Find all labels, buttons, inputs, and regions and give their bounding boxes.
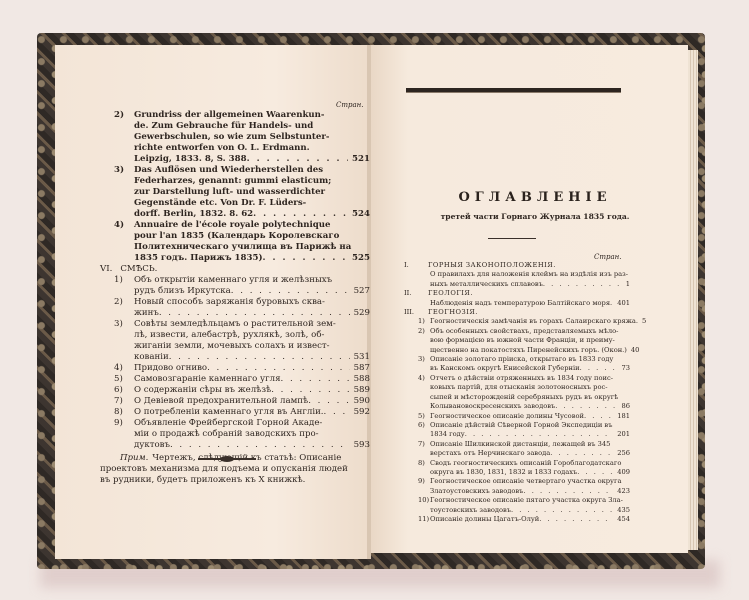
section-roman: II. — [404, 289, 411, 298]
entry-line: Объ открытіи каменнаго угля и желѣзныхъ — [100, 275, 370, 286]
toc-entry[interactable]: 5)Геогностическое описаніе долины Чусово… — [404, 412, 630, 421]
entry-line: Политехническаго училища въ Парижѣ на — [100, 242, 370, 253]
entry-line: Новый способъ заряжанія буровыхъ сква- — [100, 297, 370, 308]
entry-number: 10) — [418, 496, 429, 505]
leader-dots: . . . . . . . . . . . . . . . . . . . . … — [253, 209, 348, 220]
entry-line: Геогностическое описаніе пятаго участка … — [404, 496, 630, 505]
toc-entry[interactable]: 6)О содержаніи сѣры въ желѣзѣ . . . . . … — [100, 385, 370, 396]
page-number: 40 — [627, 346, 640, 355]
page-number: 409 — [613, 468, 630, 477]
section-heading: III.ГЕОГНОЗІЯ. — [404, 308, 630, 317]
entry-number: 9) — [418, 477, 425, 486]
leader-dots: . . . . . . . . . . . . . . . . . . . . … — [465, 430, 614, 439]
note-label: Прим. — [120, 453, 148, 463]
page-number: 454 — [613, 515, 630, 524]
entry-line: Das Auflösen und Wiederherstellen des — [100, 165, 370, 176]
toc-entry[interactable]: 8)О потребленіи каменнаго угля въ Англіи… — [100, 407, 370, 418]
page-number: 593 — [350, 440, 370, 451]
entry-last-line: 1834 году . . . . . . . . . . . . . . . … — [404, 430, 630, 439]
leader-dots: . . . . . . . . . . . . . . . . . . . . … — [539, 515, 613, 524]
entry-line: Описаніе золотаго пріиска, открытаго въ … — [404, 355, 630, 364]
toc-entry[interactable]: 2)Новый способъ заряжанія буровыхъ сква-… — [100, 297, 370, 319]
entry-text: Колывановоскресенскихъ заводовъ — [430, 402, 555, 411]
toc-entry[interactable]: О правилахъ для наложенія клеймъ на издѣ… — [404, 270, 630, 289]
page-number: 592 — [350, 407, 370, 418]
entry-text: dorff. Berlin, 1832. 8. 62 — [134, 209, 253, 220]
entry-number: 3) — [114, 319, 123, 330]
entry-line: zur Darstellung luft- und wasserdichter — [100, 187, 370, 198]
section-heading: I.ГОРНЫЯ ЗАКОНОПОЛОЖЕНІЯ. — [404, 261, 630, 270]
entry-text: округа въ 1830, 1831, 1832 и 1833 годахъ — [430, 468, 577, 477]
toc-entry[interactable]: 10)Геогностическое описаніе пятаго участ… — [404, 496, 630, 515]
entry-last-line: Самовозгараніе каменнаго угля . . . . . … — [100, 374, 370, 385]
page-number: 590 — [350, 396, 370, 407]
entry-number: 8) — [418, 459, 425, 468]
entry-number: 8) — [114, 407, 123, 418]
page-number: 201 — [613, 430, 630, 439]
entry-line: Annuaire de l'école royale polytechnique — [100, 220, 370, 231]
entry-last-line: щественно на покатостяхъ Пиренейскихъ го… — [404, 346, 630, 355]
entry-number: 2) — [418, 327, 425, 336]
entry-line: Gegenstände etc. Von Dr. F. Lüders- — [100, 198, 370, 209]
toc-entry[interactable]: 3)Das Auflösen und Wiederherstellen desF… — [100, 165, 370, 220]
entry-text: ныхъ металлическихъ сплавовъ — [430, 280, 543, 289]
entry-number: 2) — [114, 297, 123, 308]
leader-dots: . . . . . . . . . . . . . . . . . . . . … — [247, 154, 348, 165]
toc-entry[interactable]: 9)Объявленіе Фрейбергской Горной Акаде-м… — [100, 418, 370, 451]
entry-line: Federharzes, genannt: gummi elasticum; — [100, 176, 370, 187]
toc-entry[interactable]: 8)Сводъ геогностическихъ описаній Горобл… — [404, 459, 630, 478]
toc-entry[interactable]: 2)Grundriss der allgemeinen Waarenkun-de… — [100, 110, 370, 165]
entry-text: Геогностическое описаніе долины Чусовой — [430, 412, 584, 421]
entry-line: жиганіи земли, мочевыхъ солахъ и извест- — [100, 341, 370, 352]
entry-line: вою формацією въ южной части Франціи, и … — [404, 336, 630, 345]
page-number: 589 — [350, 385, 370, 396]
entry-text: рудъ близъ Иркутска — [134, 286, 231, 297]
entry-number: 6) — [418, 421, 425, 430]
section-title: ГОРНЫЯ ЗАКОНОПОЛОЖЕНІЯ. — [428, 261, 556, 269]
entry-last-line: жинъ . . . . . . . . . . . . . . . . . .… — [100, 308, 370, 319]
entry-line: Объявленіе Фрейбергской Горной Акаде- — [100, 418, 370, 429]
entry-text: щественно на покатостяхъ Пиренейскихъ го… — [430, 346, 627, 355]
toc-entry[interactable]: 7)Описаніе Шилкинской дистанціи, лежащей… — [404, 440, 630, 459]
page-number: 423 — [613, 487, 630, 496]
page-number: 524 — [348, 209, 370, 220]
leader-dots: . . . . . . . . . . . . . . . . . . . . … — [511, 506, 613, 515]
entry-text: тоустовскихъ заводовъ — [430, 506, 511, 515]
leader-dots: . . . . . . . . . . . . . . . . . . . . … — [523, 487, 613, 496]
entry-number: 5) — [418, 412, 425, 421]
page-title: ОГЛАВЛЕНІЕ — [390, 190, 680, 205]
toc-entry[interactable]: 6)Описаніе дѣйствій Сѣверной Горной Эксп… — [404, 421, 630, 440]
entry-last-line: Leipzig, 1833. 8, S. 388 . . . . . . . .… — [100, 154, 370, 165]
title-rule — [488, 238, 536, 239]
entry-text: О потребленіи каменнаго угля въ Англіи. — [134, 407, 324, 418]
entry-last-line: кованіи . . . . . . . . . . . . . . . . … — [100, 352, 370, 363]
entry-number: 6) — [114, 385, 123, 396]
entry-text: Придово огниво — [134, 363, 207, 374]
entry-line: Описаніе Шилкинской дистанціи, лежащей в… — [404, 440, 630, 449]
entry-line: Сводъ геогностическихъ описаній Гороблаг… — [404, 459, 630, 468]
entry-line: Gewerbschulen, so wie zum Selbstunter- — [100, 132, 370, 143]
entry-text: Геогностическія замѣчанія въ горахъ Сала… — [430, 317, 638, 326]
section-title: ГЕОЛОГІЯ. — [428, 289, 473, 297]
header-rule — [406, 88, 621, 93]
page-number: 435 — [613, 506, 630, 515]
entry-text: верстахъ отъ Нерчинскаго завода — [430, 449, 550, 458]
entry-text: Наблюденія надъ температурою Балтійскаго… — [430, 299, 610, 308]
entry-last-line: Придово огниво . . . . . . . . . . . . .… — [100, 363, 370, 374]
entry-line: сыпей и мѣсторожденій серебряныхъ рудъ в… — [404, 393, 630, 402]
toc-entry[interactable]: 11)Описаніе долины Цагатъ-Олуй . . . . .… — [404, 515, 630, 524]
entry-last-line: 1835 годъ. Парижъ 1835) . . . . . . . . … — [100, 253, 370, 264]
entry-line: Отчетъ о дѣйствіи отряженныхъ въ 1834 го… — [404, 374, 630, 383]
section-title: СМѢСЬ. — [120, 264, 157, 274]
entry-text: дуктовъ — [134, 440, 170, 451]
leader-dots: . . . . . . . . . . . . . . . . . . . . … — [159, 308, 350, 319]
toc-entry[interactable]: 4)Annuaire de l'école royale polytechniq… — [100, 220, 370, 264]
left-toc-list: 2)Grundriss der allgemeinen Waarenkun-de… — [100, 110, 370, 486]
entry-line: Описаніе дѣйствій Сѣверной Горной Экспед… — [404, 421, 630, 430]
section-title: ГЕОГНОЗІЯ. — [428, 308, 478, 316]
page-number: 521 — [348, 154, 370, 165]
note-line: въ рудники, будетъ приложенъ къ X книжкѣ… — [100, 475, 370, 486]
toc-entry[interactable]: 9)Геогностическое описаніе четвертаго уч… — [404, 477, 630, 496]
leader-dots: . . . . . . . . . . . . . . . . . . . . … — [281, 374, 350, 385]
page-subtitle: третей части Горнаго Журнала 1835 года. — [390, 212, 680, 221]
leader-dots: . . . . . . . . . . . . . . . . . . . . … — [324, 407, 350, 418]
page-number: 1 — [622, 280, 630, 289]
section-heading: VI.СМѢСЬ. — [100, 264, 370, 275]
entry-text: 1834 году — [430, 430, 465, 439]
toc-entry[interactable]: 4)Придово огниво . . . . . . . . . . . .… — [100, 363, 370, 374]
entry-number: 7) — [418, 440, 425, 449]
entry-last-line: О содержаніи сѣры въ желѣзѣ . . . . . . … — [100, 385, 370, 396]
leader-dots: . . . . . . . . . . . . . . . . . . . . … — [584, 412, 613, 421]
toc-entry[interactable]: 5)Самовозгараніе каменнаго угля . . . . … — [100, 374, 370, 385]
note-line: проектовъ механизма для подъема и опуска… — [100, 464, 370, 475]
leader-dots: . . . . . . . . . . . . . . . . . . . . … — [169, 352, 350, 363]
entry-last-line: О Девіевой предохранительной лампѣ . . .… — [100, 396, 370, 407]
entry-text: О Девіевой предохранительной лампѣ — [134, 396, 308, 407]
toc-entry[interactable]: 2)Объ особенныхъ свойствахъ, представляе… — [404, 327, 630, 355]
entry-number: 3) — [418, 355, 425, 364]
entry-text: Описаніе долины Цагатъ-Олуй — [430, 515, 539, 524]
page-number: 529 — [350, 308, 370, 319]
leader-dots: . . . . . . . . . . . . . . . . . . . . … — [580, 364, 618, 373]
entry-last-line: округа въ 1830, 1831, 1832 и 1833 годахъ… — [404, 468, 630, 477]
entry-last-line: верстахъ отъ Нерчинскаго завода . . . . … — [404, 449, 630, 458]
leader-dots: . . . . . . . . . . . . . . . . . . . . … — [308, 396, 349, 407]
entry-last-line: рудъ близъ Иркутска . . . . . . . . . . … — [100, 286, 370, 297]
page-number: 525 — [348, 253, 370, 264]
leader-dots: . . . . . . . . . . . . . . . . . . . . … — [577, 468, 613, 477]
entry-number: 3) — [114, 165, 124, 176]
entry-text: 1835 годъ. Парижъ 1835) — [134, 253, 263, 264]
entry-text: О содержаніи сѣры въ желѣзѣ — [134, 385, 271, 396]
entry-number: 5) — [114, 374, 123, 385]
entry-line: Геогностическое описаніе четвертаго учас… — [404, 477, 630, 486]
toc-entry[interactable]: 3)Описаніе золотаго пріиска, открытаго в… — [404, 355, 630, 374]
leader-dots: . . . . . . . . . . . . . . . . . . . . … — [263, 253, 349, 264]
entry-number: 1) — [114, 275, 123, 286]
entry-line: de. Zum Gebrauche für Handels- und — [100, 121, 370, 132]
page-number: 73 — [617, 364, 630, 373]
page-number: 527 — [350, 286, 370, 297]
entry-text: въ Канскомъ округѣ Енисейской Губерніи — [430, 364, 580, 373]
entry-last-line: Описаніе долины Цагатъ-Олуй . . . . . . … — [404, 515, 630, 524]
section-heading: II.ГЕОЛОГІЯ. — [404, 289, 630, 298]
entry-line: Grundriss der allgemeinen Waarenkun- — [100, 110, 370, 121]
toc-entry[interactable]: 7)О Девіевой предохранительной лампѣ . .… — [100, 396, 370, 407]
leader-dots: . . . . . . . . . . . . . . . . . . . . … — [271, 385, 349, 396]
toc-entry[interactable]: 3)Совѣты земледѣльцамъ о растительной зе… — [100, 319, 370, 363]
entry-text: Златоустовскихъ заводовъ — [430, 487, 523, 496]
entry-last-line: dorff. Berlin, 1832. 8. 62 . . . . . . .… — [100, 209, 370, 220]
leader-dots: . . . . . . . . . . . . . . . . . . . . … — [543, 280, 622, 289]
entry-line: лѣ, извести, алебастрѣ, рухлякѣ, золѣ, о… — [100, 330, 370, 341]
entry-line: richte entworfen von O. L. Erdmann. — [100, 143, 370, 154]
entry-last-line: ныхъ металлическихъ сплавовъ . . . . . .… — [404, 280, 630, 289]
entry-line: ковыхъ партій, для отысканія золотоносны… — [404, 383, 630, 392]
toc-entry[interactable]: 1)Геогностическія замѣчанія въ горахъ Са… — [404, 317, 630, 326]
section-roman: I. — [404, 261, 409, 270]
leader-dots: . . . . . . . . . . . . . . . . . . . . … — [550, 449, 613, 458]
entry-number: 7) — [114, 396, 123, 407]
page-edges — [688, 50, 698, 550]
entry-number: 2) — [114, 110, 124, 121]
page-number: 256 — [613, 449, 630, 458]
toc-entry[interactable]: Наблюденія надъ температурою Балтійскаго… — [404, 299, 630, 308]
leader-dots: . . . . . . . . . . . . . . . . . . . . … — [231, 286, 350, 297]
toc-entry[interactable]: 1)Объ открытіи каменнаго угля и желѣзных… — [100, 275, 370, 297]
entry-last-line: тоустовскихъ заводовъ . . . . . . . . . … — [404, 506, 630, 515]
entry-number: 4) — [114, 220, 124, 231]
entry-number: 1) — [418, 317, 425, 326]
entry-text: кованіи — [134, 352, 169, 363]
entry-last-line: Геогностическія замѣчанія въ горахъ Сала… — [404, 317, 630, 326]
page-number: 86 — [617, 402, 630, 411]
entry-number: 4) — [114, 363, 123, 374]
leader-dots: . . . . . . . . . . . . . . . . . . . . … — [555, 402, 617, 411]
entry-text: Leipzig, 1833. 8, S. 388 — [134, 154, 247, 165]
entry-line: pour l'an 1835 (Календарь Королевскаго — [100, 231, 370, 242]
page-number: 401 — [613, 299, 630, 308]
page-number: 531 — [350, 352, 370, 363]
right-toc-list: I.ГОРНЫЯ ЗАКОНОПОЛОЖЕНІЯ.О правилахъ для… — [404, 261, 630, 524]
section-roman: III. — [404, 308, 414, 317]
entry-line: міи о продажѣ собраній заводскихъ про- — [100, 429, 370, 440]
entry-text: Самовозгараніе каменнаго угля — [134, 374, 281, 385]
entry-last-line: въ Канскомъ округѣ Енисейской Губерніи .… — [404, 364, 630, 373]
entry-line: О правилахъ для наложенія клеймъ на издѣ… — [404, 270, 630, 279]
leader-dots: . . . . . . . . . . . . . . . . . . . . … — [170, 440, 350, 451]
entry-last-line: Наблюденія надъ температурою Балтійскаго… — [404, 299, 630, 308]
entry-line: Совѣты земледѣльцамъ о растительной зем- — [100, 319, 370, 330]
entry-last-line: Геогностическое описаніе долины Чусовой … — [404, 412, 630, 421]
ornament-divider — [198, 458, 256, 460]
toc-entry[interactable]: 4)Отчетъ о дѣйствіи отряженныхъ въ 1834 … — [404, 374, 630, 412]
page-number: 588 — [350, 374, 370, 385]
entry-number: 11) — [418, 515, 429, 524]
page-number: 181 — [613, 412, 630, 421]
entry-line: Объ особенныхъ свойствахъ, представляемы… — [404, 327, 630, 336]
entry-number: 4) — [418, 374, 425, 383]
entry-last-line: О потребленіи каменнаго угля въ Англіи. … — [100, 407, 370, 418]
entry-text: жинъ — [134, 308, 159, 319]
page-number: 5 — [638, 317, 646, 326]
entry-last-line: дуктовъ . . . . . . . . . . . . . . . . … — [100, 440, 370, 451]
entry-last-line: Златоустовскихъ заводовъ . . . . . . . .… — [404, 487, 630, 496]
entry-number: 9) — [114, 418, 123, 429]
page-number: 587 — [350, 363, 370, 374]
leader-dots: . . . . . . . . . . . . . . . . . . . . … — [207, 363, 350, 374]
entry-last-line: Колывановоскресенскихъ заводовъ . . . . … — [404, 402, 630, 411]
section-roman: VI. — [100, 264, 112, 274]
